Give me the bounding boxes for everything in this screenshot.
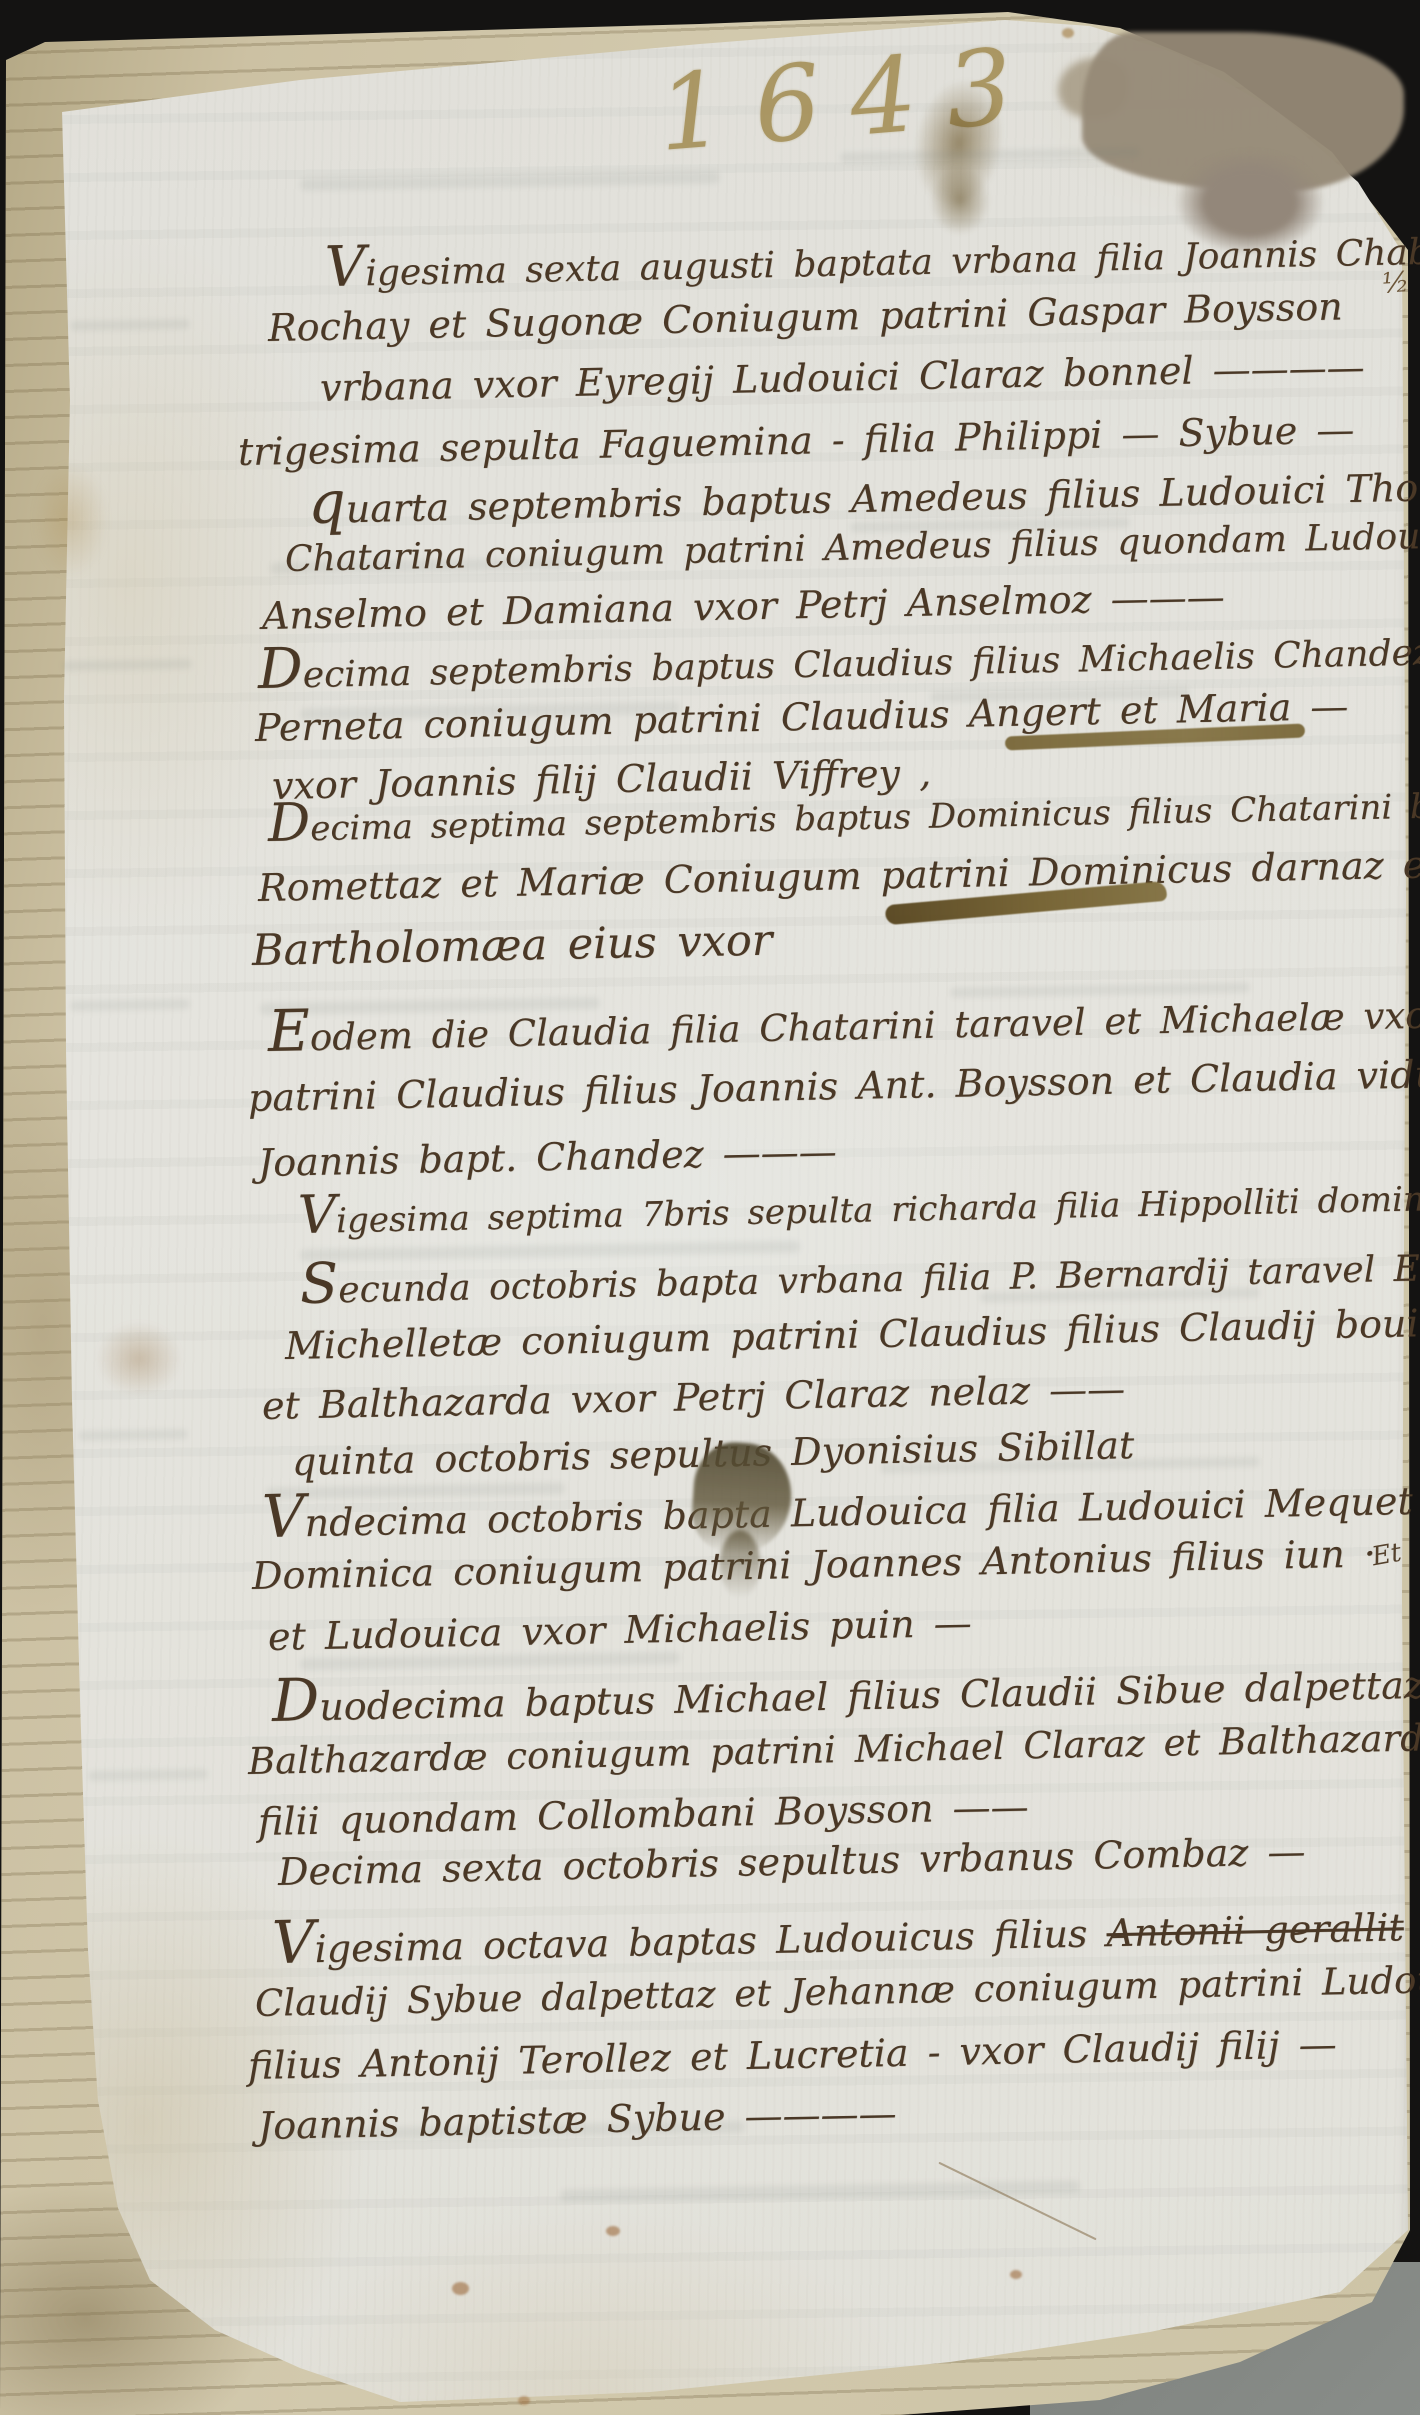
marginal-mark: ½ <box>1381 265 1410 300</box>
foxing-dot <box>452 2282 469 2295</box>
bleedthrough-ghost-line <box>70 319 190 331</box>
manuscript-scan: 1643 Vigesima sexta augusti baptata vrba… <box>0 0 1420 2415</box>
left-margin-stain <box>96 1322 182 1396</box>
bleedthrough-ghost-line <box>88 1769 208 1781</box>
ink-blot-tail <box>720 1530 760 1598</box>
year-ink-blot <box>930 165 990 235</box>
manuscript-line: Bartholomæa eius vxor <box>252 918 773 976</box>
foxing-dot <box>606 2226 620 2236</box>
marginal-mark: Et <box>1370 1538 1404 1573</box>
foxing-dot <box>1062 28 1074 38</box>
strikethrough-text: Antonii gerallit <box>1106 1905 1404 1955</box>
bleedthrough-ghost-line <box>70 999 190 1011</box>
foxing-dot <box>518 2396 530 2405</box>
bleedthrough-ghost-line <box>78 1429 188 1441</box>
foxing-dot <box>1010 2270 1022 2279</box>
left-margin-stain <box>34 462 108 578</box>
